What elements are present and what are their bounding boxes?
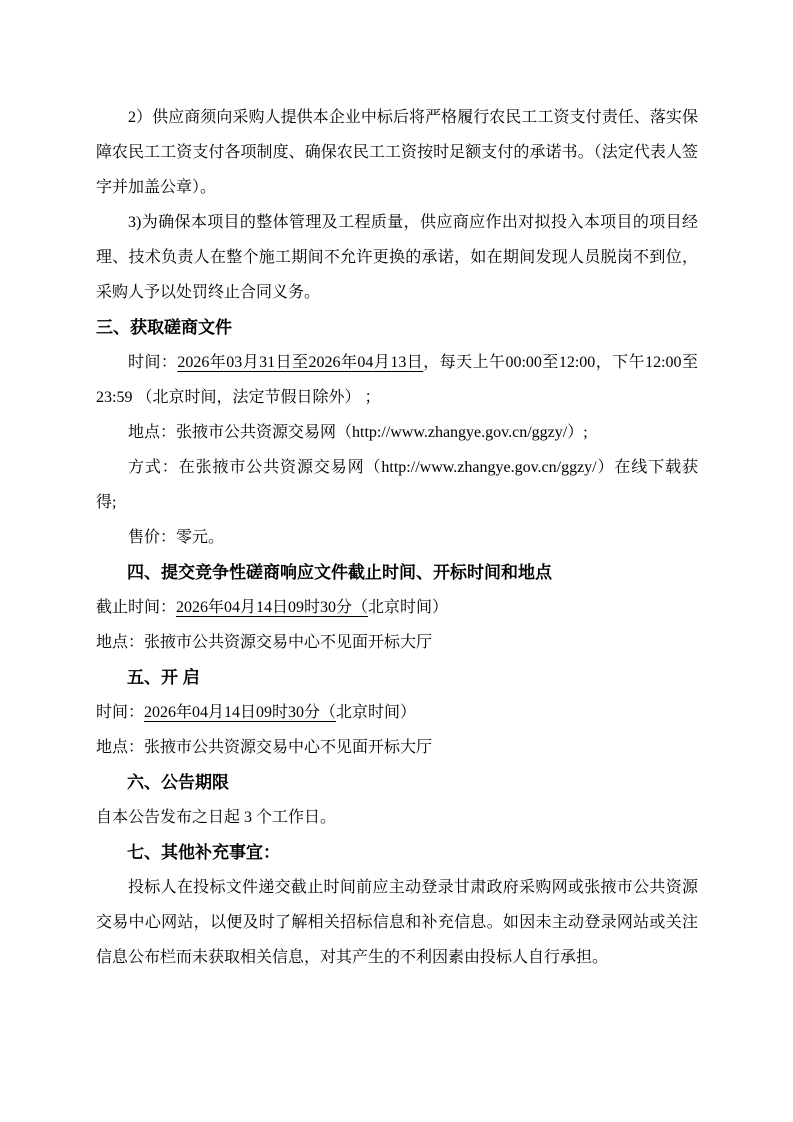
- paragraph-opening-location: 地点：张掖市公共资源交易中心不见面开标大厅: [96, 730, 698, 765]
- opening-timezone: 北京时间）: [336, 704, 416, 721]
- paragraph-no-replacement-commitment: 3)为确保本项目的整体管理及工程质量，供应商应作出对拟投入本项目的项目经理、技术…: [96, 205, 698, 310]
- section-heading-obtain-consultation-documents: 三、获取磋商文件: [96, 310, 698, 345]
- paragraph-obtain-price: 售价：零元。: [96, 520, 698, 555]
- paragraph-obtain-time: 时间：2026年03月31日至2026年04月13日，每天上午00:00至12:…: [96, 345, 698, 415]
- deadline-timezone: 北京时间）: [368, 599, 448, 616]
- paragraph-submission-deadline-time: 截止时间：2026年04月14日09时30分（北京时间）: [96, 590, 698, 625]
- deadline-label: 截止时间：: [96, 599, 176, 616]
- section-heading-announcement-period: 六、公告期限: [96, 765, 698, 800]
- paragraph-announcement-period: 自本公告发布之日起 3 个工作日。: [96, 800, 698, 835]
- paragraph-submission-location: 地点：张掖市公共资源交易中心不见面开标大厅: [96, 625, 698, 660]
- paragraph-opening-time: 时间：2026年04月14日09时30分（北京时间）: [96, 695, 698, 730]
- paragraph-obtain-location: 地点：张掖市公共资源交易网（http://www.zhangye.gov.cn/…: [96, 415, 698, 450]
- paragraph-other-matters: 投标人在投标文件递交截止时间前应主动登录甘肃政府采购网或张掖市公共资源交易中心网…: [96, 870, 698, 975]
- opening-datetime-underlined: 2026年04月14日09时30分（: [144, 704, 336, 721]
- paragraph-wage-payment-commitment: 2）供应商须向采购人提供本企业中标后将严格履行农民工工资支付责任、落实保障农民工…: [96, 100, 698, 205]
- paragraph-obtain-method: 方式：在张掖市公共资源交易网（http://www.zhangye.gov.cn…: [96, 450, 698, 520]
- opening-time-label: 时间：: [96, 704, 144, 721]
- obtain-date-range-underlined: 2026年03月31日至2026年04月13日: [177, 354, 423, 371]
- document-page: 2）供应商须向采购人提供本企业中标后将严格履行农民工工资支付责任、落实保障农民工…: [0, 0, 793, 1122]
- section-heading-opening: 五、开 启: [96, 660, 698, 695]
- obtain-time-label: 时间：: [128, 354, 177, 371]
- section-heading-other-matters: 七、其他补充事宜：: [96, 835, 698, 870]
- deadline-datetime-underlined: 2026年04月14日09时30分（: [176, 599, 368, 616]
- section-heading-submission-deadline-opening: 四、提交竞争性磋商响应文件截止时间、开标时间和地点: [96, 555, 698, 590]
